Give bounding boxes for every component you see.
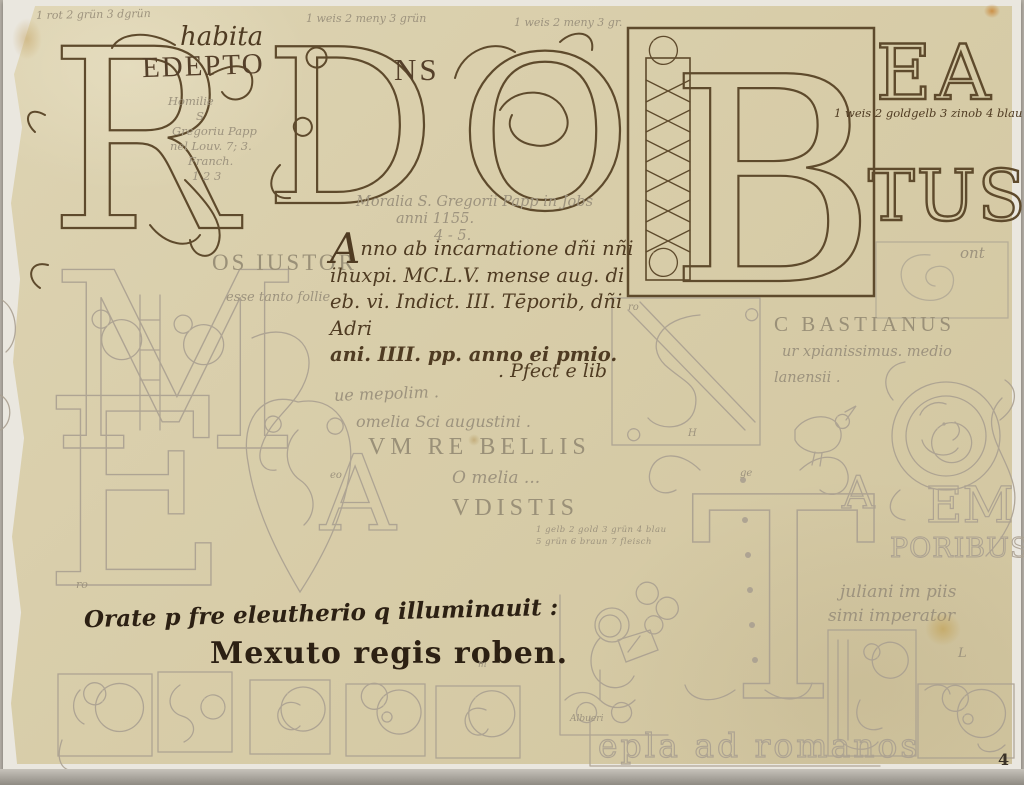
beatus-color-note: 1 weis 2 goldgelb 3 zinob 4 blau [834, 106, 1022, 120]
homilie-note-line: S [196, 109, 257, 124]
homilie-note: Homilie S Gregoriu Papp nel Louv. 7; 3. … [168, 94, 257, 184]
homilie-note-line: 1 2 3 [192, 169, 257, 184]
pfect-tail: . Pfect e lib [498, 360, 607, 382]
stain-top-left [12, 18, 42, 60]
mark-eo: eo [330, 470, 342, 481]
page-number: 4 [998, 750, 1009, 769]
stain-mid-right [925, 612, 961, 646]
stain-top-right-dot [984, 4, 1000, 18]
colophon-line2: Mexuto regis roben. [210, 636, 568, 671]
anno-line: eb. vi. Indict. III. Tēporib, dñi Adri [330, 289, 640, 342]
sebastianus-line2: lanensii . [774, 370, 840, 386]
stain-small-center [468, 434, 480, 446]
omelia-augustini-line: omelia Sci augustini . [356, 412, 531, 431]
scanner-shadow-edge [0, 769, 1024, 785]
anno-ink-paragraph: Anno ab incarnatione dñi nñi ihuxpi. MC.… [330, 236, 640, 369]
mark-l: L [958, 646, 967, 661]
omelia-line2: O melia ... [452, 468, 540, 488]
mark-ro-a: ro [76, 578, 88, 591]
sebastianus-line1: ur xpianissimus. medio [782, 344, 952, 360]
homilie-note-line: nel Louv. 7; 3. [170, 139, 257, 154]
cont-note: ont [960, 244, 985, 262]
color-note-top-left: 1 rot 2 grün 3 dgrün [36, 7, 151, 22]
moralia-note-line: Moralia S. Gregorii Papp in Jobs [356, 194, 593, 211]
color-note-top-center: 1 weis 2 meny 3 grün [306, 12, 426, 25]
redempto-caps: EDEPTO [141, 48, 265, 85]
albueri-note: Albueri [570, 714, 603, 724]
anno-line: nno ab incarnatione dñi nñi [360, 237, 633, 260]
esse-tanto-note: esse tanto follie [226, 290, 330, 305]
homilie-note-line: Franch. [188, 154, 257, 169]
color-note-top-right: 1 weis 2 meny 3 gr. [514, 16, 622, 29]
mark-m: m [478, 660, 487, 670]
scanned-drawing-sheet: R D O B EA TUS M E A T [0, 0, 1024, 785]
dns-caps: NS [394, 52, 440, 88]
homilie-note-line: Homilie [168, 94, 257, 109]
mark-h: H [688, 428, 697, 439]
sebastianus-caps: C BASTIANUS [774, 312, 955, 337]
mark-ge: ge [740, 468, 752, 479]
color-note-mid-1: 1 gelb 2 gold 3 grün 4 blau [536, 525, 667, 535]
homilie-note-line: Gregoriu Papp [172, 124, 257, 139]
moralia-note-line: anni 1155. [396, 211, 593, 228]
juliani-line1: juliani im piis [840, 582, 956, 602]
vdistis-caps: VDISTIS [452, 495, 579, 522]
anno-line: ihuxpi. MC.L.V. mense aug. di [330, 263, 640, 290]
mepolim-pencil-tail: ue mepolim . [334, 382, 440, 405]
color-note-mid-2: 5 grün 6 braun 7 fleisch [536, 537, 652, 547]
mark-ro-b: ro [628, 302, 639, 313]
